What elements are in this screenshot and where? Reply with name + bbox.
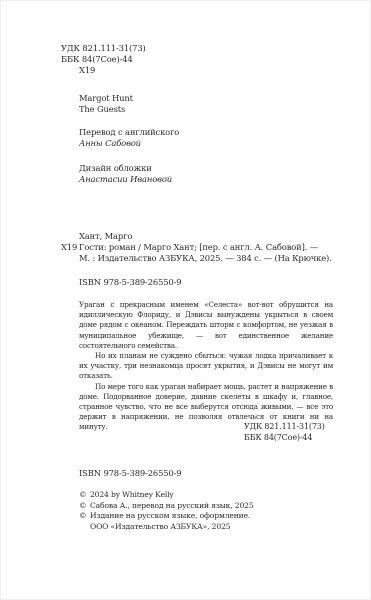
bibliographic-record: Хант, Марго Х19 Гости: роман / Марго Хан… [61,231,332,264]
copyright-icon: © [79,501,90,512]
copyright-line-2: Сабова А., перевод на русский язык, 2025 [90,501,254,512]
udk-code-bottom: УДК 821.111-31(73) [244,421,325,432]
cover-design-label: Дизайн обложки [79,163,172,174]
bibliographic-line-1: Гости: роман / Марго Хант; [пер. с англ.… [79,242,318,253]
author-mark: Х19 [61,65,146,76]
bibliographic-heading: Хант, Марго [79,231,132,242]
copyright-block: © 2024 by Whitney Kelly © Сабова А., пер… [79,490,254,532]
cover-design-credit: Дизайн обложки Анастасии Ивановой [79,163,172,185]
annotation-paragraph-2: Но их планам не суждено сбыться: чужая л… [79,351,333,382]
bbk-code: ББК 84(7Сое)-44 [61,54,146,65]
isbn-bottom: ISBN 978-5-389-26550-9 [79,468,181,479]
book-imprint-page: УДК 821.111-31(73) ББК 84(7Сое)-44 Х19 M… [0,0,371,600]
copyright-line-3: Издание на русском языке, оформление. [90,511,250,522]
original-author: Margot Hunt [79,93,133,104]
translator-name: Анны Сабовой [79,138,179,149]
copyright-line-1: 2024 by Whitney Kelly [90,490,174,501]
bibliographic-line-2: М. : Издательство АЗБУКА, 2025. — 384 с.… [79,253,332,264]
translation-label: Перевод с английского [79,127,179,138]
udk-code: УДК 821.111-31(73) [61,43,146,54]
isbn-top: ISBN 978-5-389-26550-9 [79,277,181,288]
bbk-code-bottom: ББК 84(7Сое)-44 [244,432,325,443]
designer-name: Анастасии Ивановой [79,174,172,185]
copyright-icon: © [79,490,90,501]
classification-codes-bottom: УДК 821.111-31(73) ББК 84(7Сое)-44 [244,421,325,443]
copyright-line-4: ООО «Издательство АЗБУКА», 2025 [90,522,230,533]
original-title: The Guests [79,104,133,115]
classification-codes-top: УДК 821.111-31(73) ББК 84(7Сое)-44 Х19 [61,43,146,76]
original-title-block: Margot Hunt The Guests [79,93,133,115]
translation-credit: Перевод с английского Анны Сабовой [79,127,179,149]
copyright-icon: © [79,511,90,522]
annotation: Ураган с прекрасным именем «Селеста» вот… [79,300,333,433]
annotation-paragraph-1: Ураган с прекрасным именем «Селеста» вот… [79,300,333,351]
bibliographic-mark: Х19 [61,242,79,253]
